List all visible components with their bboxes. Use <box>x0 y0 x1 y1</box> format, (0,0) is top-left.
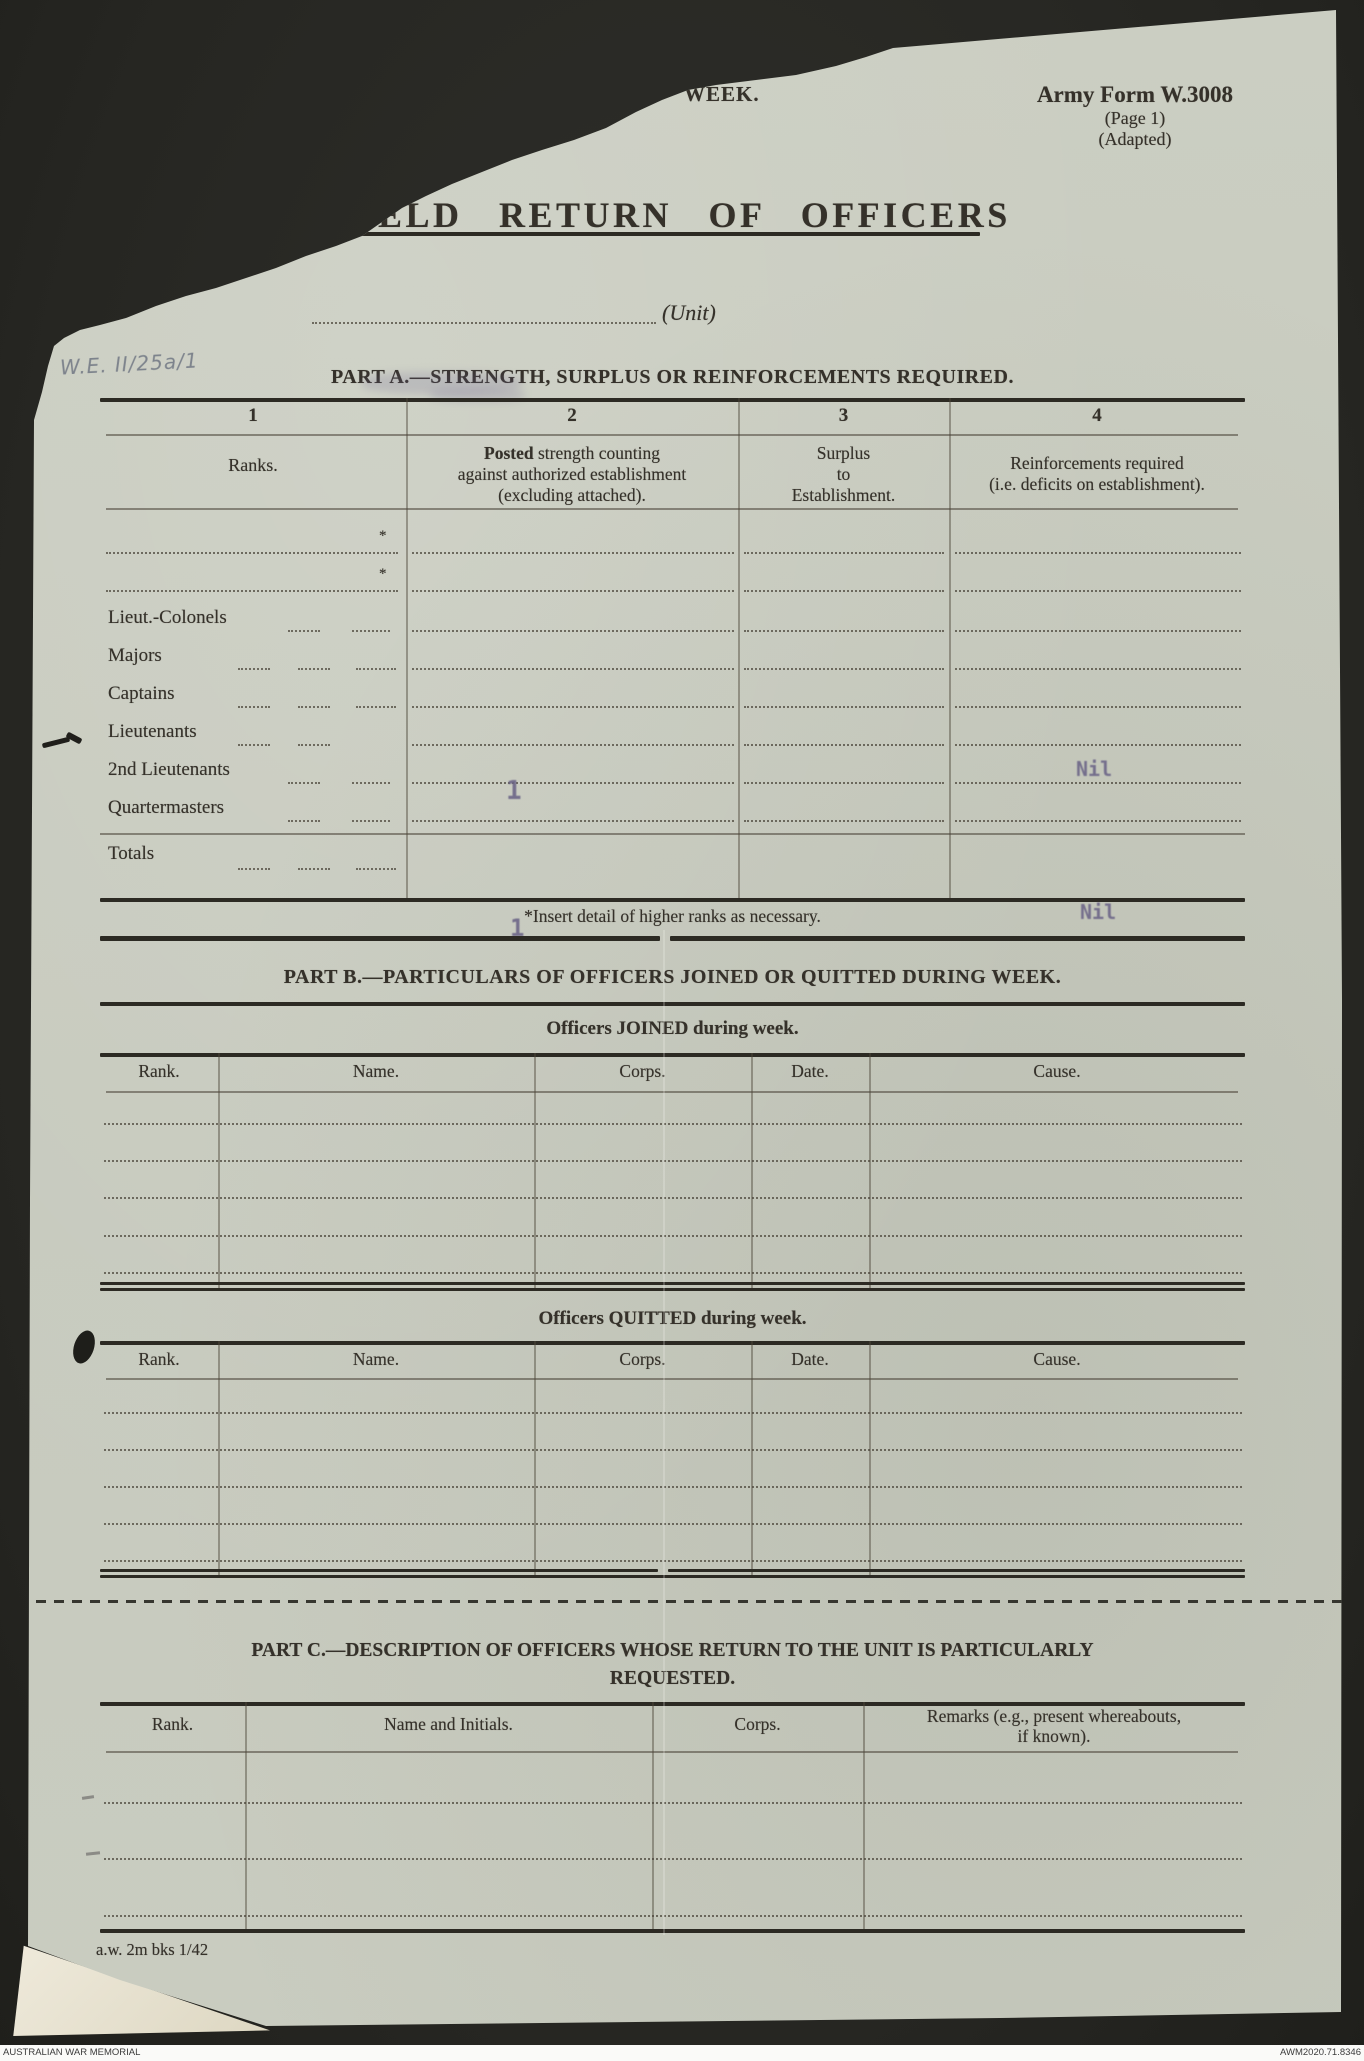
part-b-heading: PART B.—PARTICULARS OF OFFICERS JOINED O… <box>100 966 1245 989</box>
leader-seg <box>288 820 320 822</box>
part-a-col-number-4: 4 <box>949 405 1245 427</box>
dashed-separator <box>0 1600 1364 1603</box>
officers-joined-title: Officers JOINED during week. <box>100 1018 1245 1040</box>
leader-seg <box>352 782 390 784</box>
cell-line <box>744 552 944 554</box>
joined-divider <box>751 1053 753 1290</box>
leader-seg <box>356 668 396 670</box>
quitted-divider <box>751 1341 753 1578</box>
cell-line <box>744 744 944 746</box>
leader-seg <box>356 706 396 708</box>
title-underline <box>358 232 980 236</box>
cell-line <box>412 552 734 554</box>
joined-bottom-rule <box>100 1282 1245 1285</box>
joined-col-rank: Rank. <box>100 1061 218 1082</box>
leader-seg <box>238 706 270 708</box>
rank-row-line <box>106 552 398 554</box>
rank-row-line <box>106 590 398 592</box>
leader-seg <box>352 820 390 822</box>
part-c-divider <box>245 1702 247 1931</box>
cell-line <box>744 782 944 784</box>
quitted-col-corps: Corps. <box>534 1349 751 1370</box>
archive-id: AWM2020.71.8346 <box>1280 2047 1361 2058</box>
section-double-rule <box>100 936 660 941</box>
part-c-col-name: Name and Initials. <box>245 1714 652 1735</box>
part-c-col-remarks-line1: Remarks (e.g., present whereabouts, <box>863 1706 1245 1727</box>
posted-entry-quartermasters: 1 <box>506 776 522 806</box>
posted-rest: strength counting <box>534 443 660 463</box>
quitted-col-cause: Cause. <box>869 1349 1245 1370</box>
joined-divider <box>534 1053 536 1290</box>
part-a-col-number-3: 3 <box>738 405 949 427</box>
cell-line <box>744 590 944 592</box>
cell-line <box>955 820 1241 822</box>
part-a-col4-heading: Reinforcements required (i.e. deficits o… <box>949 453 1245 495</box>
cell-line <box>955 552 1241 554</box>
col3-line1: Surplus <box>817 443 870 463</box>
form-page-number: (Page 1) <box>1018 108 1252 129</box>
part-c-header-rule <box>106 1751 1238 1753</box>
quitted-header-rule <box>106 1378 1238 1380</box>
part-a-bottom-rule <box>100 898 1245 902</box>
part-b-rule <box>100 1002 1245 1006</box>
form-number: Army Form W.3008 <box>1018 82 1252 108</box>
leader-seg <box>298 668 330 670</box>
part-c-bottom-rule <box>100 1929 1245 1933</box>
totals-label: Totals <box>108 843 154 865</box>
cell-line <box>412 820 734 822</box>
part-a-col1-heading: Ranks. <box>100 455 406 476</box>
cell-line <box>744 630 944 632</box>
torn-week-fragment: WEEK. <box>684 82 760 107</box>
quitted-divider <box>534 1341 536 1578</box>
quitted-col-name: Name. <box>218 1349 534 1370</box>
cell-line <box>412 706 734 708</box>
part-c-row-line <box>104 1915 1242 1917</box>
rank-label: Lieutenants <box>108 721 197 743</box>
leader-seg <box>288 782 320 784</box>
joined-col-cause: Cause. <box>869 1061 1245 1082</box>
leader-seg <box>352 630 390 632</box>
quitted-row-line <box>104 1523 1242 1525</box>
joined-col-corps: Corps. <box>534 1061 751 1082</box>
asterisk-row1: * <box>379 528 387 545</box>
unit-label: (Unit) <box>662 300 716 326</box>
joined-col-name: Name. <box>218 1061 534 1082</box>
quitted-row-line <box>104 1560 1242 1562</box>
quitted-col-rank: Rank. <box>100 1349 218 1370</box>
nil-entry-2nd-lieutenants: Nil <box>1076 757 1112 781</box>
nil-stamp: Nil <box>1080 900 1116 924</box>
unit-entry-line <box>312 322 656 324</box>
part-a-col-number-2: 2 <box>406 405 738 427</box>
col3-line3: Establishment. <box>792 485 896 505</box>
form-title: ELD RETURN OF OFFICERS <box>378 194 1011 236</box>
quitted-divider <box>218 1341 220 1578</box>
pen-mark <box>66 732 83 745</box>
quitted-row-line <box>104 1449 1242 1451</box>
scan-background: WEEK. Army Form W.3008 (Page 1) (Adapted… <box>0 0 1364 2061</box>
part-c-col-remarks-line2: if known). <box>863 1726 1245 1747</box>
quitted-bottom-rule <box>100 1575 1245 1578</box>
rank-label: 2nd Lieutenants <box>108 759 230 781</box>
cell-line <box>744 706 944 708</box>
archive-caption-bar: AUSTRALIAN WAR MEMORIAL AWM2020.71.8346 <box>0 2045 1364 2061</box>
col3-line2: to <box>837 464 851 484</box>
col4-line1: Reinforcements required <box>1010 453 1183 473</box>
col2-line3: (excluding attached). <box>498 485 646 505</box>
quitted-bottom-rule <box>100 1569 658 1572</box>
rank-label: Quartermasters <box>108 797 224 819</box>
joined-col-date: Date. <box>751 1061 869 1082</box>
part-c-row-line <box>104 1858 1242 1860</box>
rank-label: Lieut.-Colonels <box>108 607 227 629</box>
pencil-tick <box>82 1795 94 1800</box>
totals-separator-rule <box>100 833 1245 835</box>
cell-line <box>955 706 1241 708</box>
part-c-col-corps: Corps. <box>652 1714 863 1735</box>
cell-line <box>955 782 1241 784</box>
cell-line <box>744 668 944 670</box>
joined-row-line <box>104 1272 1242 1274</box>
cell-line <box>955 590 1241 592</box>
form-paper: WEEK. Army Form W.3008 (Page 1) (Adapted… <box>0 0 1364 2061</box>
rank-label: Majors <box>108 645 162 667</box>
asterisk-row2: * <box>379 566 387 583</box>
section-double-rule <box>670 936 1245 941</box>
archive-institution: AUSTRALIAN WAR MEMORIAL <box>3 2047 140 2058</box>
part-a-footnote: *Insert detail of higher ranks as necess… <box>100 906 1245 927</box>
col2-line2: against authorized establishment <box>458 464 686 484</box>
col4-line2: (i.e. deficits on establishment). <box>989 474 1205 494</box>
cell-line <box>412 590 734 592</box>
form-adapted-note: (Adapted) <box>1018 129 1252 150</box>
quitted-row-line <box>104 1486 1242 1488</box>
print-code: a.w. 2m bks 1/42 <box>96 1940 208 1960</box>
part-a-col2-heading: Posted strength counting against authori… <box>406 443 738 506</box>
part-c-heading-line2: REQUESTED. <box>100 1668 1245 1690</box>
leader-seg <box>238 668 270 670</box>
part-c-heading-line1: PART C.—DESCRIPTION OF OFFICERS WHOSE RE… <box>100 1640 1245 1662</box>
posted-bold: Posted <box>484 443 534 463</box>
quitted-row-line <box>104 1412 1242 1414</box>
joined-header-rule <box>106 1091 1238 1093</box>
part-a-heading: PART A.—STRENGTH, SURPLUS OR REINFORCEME… <box>100 366 1245 389</box>
leader-seg <box>288 630 320 632</box>
part-c-divider <box>863 1702 865 1931</box>
cell-line <box>412 744 734 746</box>
joined-table-top-rule <box>100 1053 1245 1057</box>
leader-seg <box>298 744 330 746</box>
fold-crease <box>663 930 665 1935</box>
paper-hole <box>69 1328 99 1367</box>
joined-row-line <box>104 1197 1242 1199</box>
pen-mark <box>42 737 70 749</box>
leader-seg <box>298 868 330 870</box>
joined-divider <box>869 1053 871 1290</box>
joined-row-line <box>104 1235 1242 1237</box>
officers-quitted-title: Officers QUITTED during week. <box>100 1308 1245 1330</box>
quitted-table-top-rule <box>100 1341 1245 1345</box>
cell-line <box>955 744 1241 746</box>
leader-seg <box>356 868 396 870</box>
joined-row-line <box>104 1123 1242 1125</box>
part-a-col-number-1: 1 <box>100 405 406 427</box>
part-c-col-rank: Rank. <box>100 1714 245 1735</box>
cell-line <box>955 630 1241 632</box>
pencil-tick <box>86 1851 100 1855</box>
cell-line <box>412 630 734 632</box>
part-c-row-line <box>104 1802 1242 1804</box>
part-a-header-rule <box>106 434 1238 436</box>
cell-line <box>955 668 1241 670</box>
quitted-bottom-rule <box>668 1569 1245 1572</box>
leader-seg <box>298 706 330 708</box>
leader-seg <box>238 744 270 746</box>
joined-row-line <box>104 1160 1242 1162</box>
part-a-col3-heading: Surplus to Establishment. <box>738 443 949 506</box>
quitted-divider <box>869 1341 871 1578</box>
cell-line <box>412 782 734 784</box>
part-c-divider <box>652 1702 654 1931</box>
quitted-col-date: Date. <box>751 1349 869 1370</box>
part-a-top-rule <box>100 398 1245 402</box>
cell-line <box>744 820 944 822</box>
joined-bottom-rule <box>100 1288 1245 1291</box>
cell-line <box>412 668 734 670</box>
leader-seg <box>238 868 270 870</box>
rank-label: Captains <box>108 683 175 705</box>
part-a-heading-bottom-rule <box>106 508 1238 510</box>
joined-divider <box>218 1053 220 1290</box>
form-reference-block: Army Form W.3008 (Page 1) (Adapted) <box>1018 82 1252 150</box>
